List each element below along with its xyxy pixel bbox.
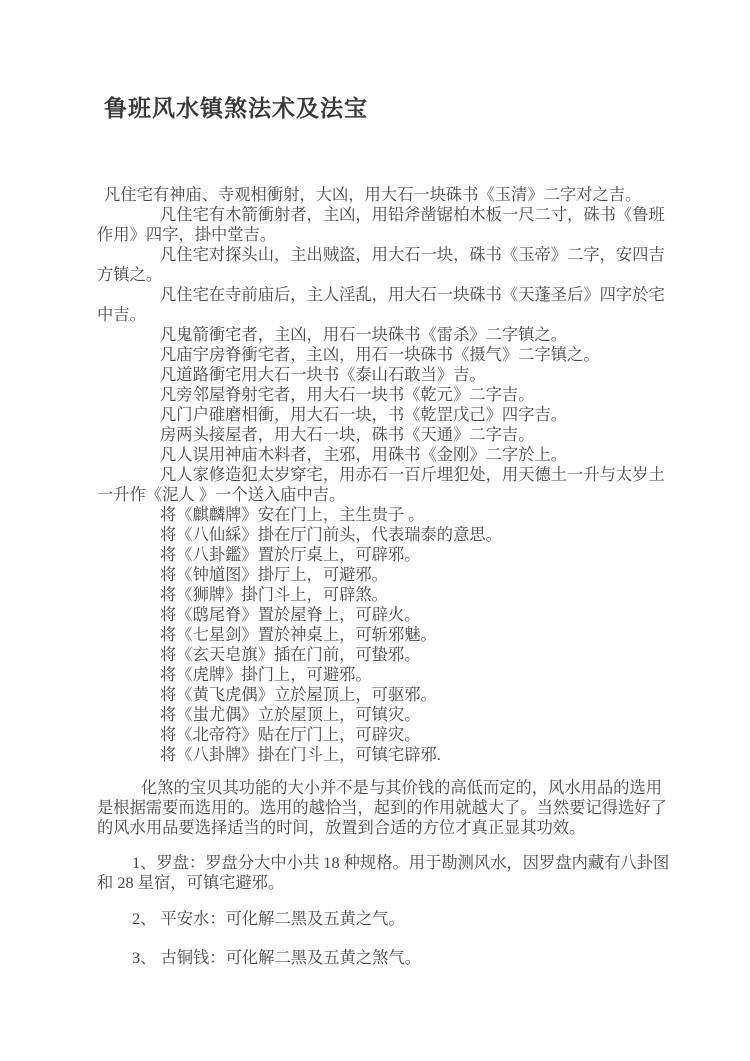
paragraph: 将《玄天皂旗》插在门前，可蛰邪。 xyxy=(97,645,717,665)
text-line: 凡住宅对探头山，主出贼盗，用大石一块，硃书《玉帝》二字，安四吉 xyxy=(97,245,717,265)
document-body: 凡住宅有神庙、寺观相衝射，大凶，用大石一块硃书《玉清》二字对之吉。凡住宅有木箭衝… xyxy=(97,185,717,968)
text-line: 将《七星剑》置於神桌上，可斩邪魅。 xyxy=(97,625,717,645)
text-line: 将《八卦牌》掛在门斗上，可镇宅辟邪. xyxy=(97,745,717,765)
paragraph: 化煞的宝贝其功能的大小并不是与其价钱的高低而定的，风水用品的选用是根据需要而选用… xyxy=(97,778,717,838)
text-line: 凡住宅在寺前庙后，主人淫乱，用大石一块硃书《天蓬圣后》四字於宅 xyxy=(97,285,717,305)
paragraph: 3、 古铜钱：可化解二黑及五黄之煞气。 xyxy=(97,948,717,968)
text-line: 3、 古铜钱：可化解二黑及五黄之煞气。 xyxy=(97,948,717,968)
paragraph: 凡道路衝宅用大石一块书《泰山石敢当》吉。 xyxy=(97,365,717,385)
text-line: 凡人家修造犯太岁穿宅，用赤石一百斤埋犯处，用天德土一升与太岁土 xyxy=(97,465,717,485)
text-line: 将《钟馗图》掛厅上，可避邪。 xyxy=(97,565,717,585)
text-line: 凡门户碓磨相衝，用大石一块，书《乾罡戊己》四字吉。 xyxy=(97,405,717,425)
text-line: 将《鸱尾脊》置於屋脊上，可辟火。 xyxy=(97,605,717,625)
paragraph: 凡住宅有神庙、寺观相衝射，大凶，用大石一块硃书《玉清》二字对之吉。 xyxy=(97,185,717,205)
paragraph: 将《钟馗图》掛厅上，可避邪。 xyxy=(97,565,717,585)
paragraph: 凡人家修造犯太岁穿宅，用赤石一百斤埋犯处，用天德土一升与太岁土一升作《泥人 》一… xyxy=(97,465,717,505)
text-line: 凡住宅有木箭衝射者，主凶，用铅斧凿锯柏木板一尺二寸，硃书《鲁班 xyxy=(97,205,717,225)
text-line: 是根据需要而选用的。选用的越恰当，起到的作用就越大了。当然要记得选好了 xyxy=(97,798,717,818)
text-line: 将《玄天皂旗》插在门前，可蛰邪。 xyxy=(97,645,717,665)
paragraph: 将《麒麟牌》安在门上，主生贵子 。 xyxy=(97,505,717,525)
paragraph: 将《黄飞虎偶》立於屋顶上，可驱邪。 xyxy=(97,685,717,705)
text-line: 1、罗盘：罗盘分大中小共 18 种规格。用于勘测风水，因罗盘内藏有八卦图 xyxy=(97,853,717,873)
paragraph: 凡住宅有木箭衝射者，主凶，用铅斧凿锯柏木板一尺二寸，硃书《鲁班作用》四字，掛中堂… xyxy=(97,205,717,245)
paragraph: 房两头接屋者，用大石一块，硃书《天通》二字吉。 xyxy=(97,425,717,445)
paragraph: 凡门户碓磨相衝，用大石一块，书《乾罡戊己》四字吉。 xyxy=(97,405,717,425)
paragraph: 凡住宅对探头山，主出贼盗，用大石一块，硃书《玉帝》二字，安四吉方镇之。 xyxy=(97,245,717,285)
paragraph: 将《鸱尾脊》置於屋脊上，可辟火。 xyxy=(97,605,717,625)
paragraph: 将《八卦牌》掛在门斗上，可镇宅辟邪. xyxy=(97,745,717,765)
paragraph: 将《七星剑》置於神桌上，可斩邪魅。 xyxy=(97,625,717,645)
text-line: 凡庙宇房脊衝宅者，主凶，用石一块硃书《摄气》二字镇之。 xyxy=(97,345,717,365)
paragraph: 凡旁邻屋脊射宅者，用大石一块书《乾元》二字吉。 xyxy=(97,385,717,405)
document-title: 鲁班风水镇煞法术及法宝 xyxy=(104,90,368,123)
text-line: 的风水用品要选择适当的时间，放置到合适的方位才真正显其功效。 xyxy=(97,818,717,838)
text-line: 房两头接屋者，用大石一块，硃书《天通》二字吉。 xyxy=(97,425,717,445)
paragraph: 凡住宅在寺前庙后，主人淫乱，用大石一块硃书《天蓬圣后》四字於宅中吉。 xyxy=(97,285,717,325)
text-line: 将《八仙綵》掛在厅门前头，代表瑞泰的意思。 xyxy=(97,525,717,545)
paragraph: 1、罗盘：罗盘分大中小共 18 种规格。用于勘测风水，因罗盘内藏有八卦图和 28… xyxy=(97,853,717,893)
text-line: 方镇之。 xyxy=(97,265,717,285)
text-line: 凡道路衝宅用大石一块书《泰山石敢当》吉。 xyxy=(97,365,717,385)
text-line: 凡旁邻屋脊射宅者，用大石一块书《乾元》二字吉。 xyxy=(97,385,717,405)
text-line: 将《蚩尤偶》立於屋顶上，可镇灾。 xyxy=(97,705,717,725)
paragraph: 将《八卦鑑》置於厅桌上，可辟邪。 xyxy=(97,545,717,565)
text-line: 凡人误用神庙木料者，主邪，用硃书《金刚》二字於上。 xyxy=(97,445,717,465)
text-line: 作用》四字，掛中堂吉。 xyxy=(97,225,717,245)
text-line: 凡鬼箭衝宅者，主凶，用石一块硃书《雷杀》二字镇之。 xyxy=(97,325,717,345)
paragraph: 将《八仙綵》掛在厅门前头，代表瑞泰的意思。 xyxy=(97,525,717,545)
paragraph: 凡人误用神庙木料者，主邪，用硃书《金刚》二字於上。 xyxy=(97,445,717,465)
text-line: 将《北帝符》贴在厅门上，可辟灾。 xyxy=(97,725,717,745)
paragraph: 将《虎牌》掛门上，可避邪。 xyxy=(97,665,717,685)
paragraph: 将《蚩尤偶》立於屋顶上，可镇灾。 xyxy=(97,705,717,725)
document-page: 鲁班风水镇煞法术及法宝 凡住宅有神庙、寺观相衝射，大凶，用大石一块硃书《玉清》二… xyxy=(0,0,750,1061)
text-line: 2、 平安水：可化解二黑及五黄之气。 xyxy=(97,909,717,929)
text-line: 凡住宅有神庙、寺观相衝射，大凶，用大石一块硃书《玉清》二字对之吉。 xyxy=(97,185,717,205)
text-line: 将《虎牌》掛门上，可避邪。 xyxy=(97,665,717,685)
paragraph: 凡庙宇房脊衝宅者，主凶，用石一块硃书《摄气》二字镇之。 xyxy=(97,345,717,365)
paragraph: 2、 平安水：可化解二黑及五黄之气。 xyxy=(97,909,717,929)
text-line: 将《狮牌》掛门斗上，可辟煞。 xyxy=(97,585,717,605)
text-line: 将《麒麟牌》安在门上，主生贵子 。 xyxy=(97,505,717,525)
text-line: 中吉。 xyxy=(97,305,717,325)
paragraph: 凡鬼箭衝宅者，主凶，用石一块硃书《雷杀》二字镇之。 xyxy=(97,325,717,345)
text-line: 将《黄飞虎偶》立於屋顶上，可驱邪。 xyxy=(97,685,717,705)
text-line: 将《八卦鑑》置於厅桌上，可辟邪。 xyxy=(97,545,717,565)
text-line: 一升作《泥人 》一个送入庙中吉。 xyxy=(97,485,717,505)
text-line: 和 28 星宿，可镇宅避邪。 xyxy=(97,873,717,893)
paragraph: 将《北帝符》贴在厅门上，可辟灾。 xyxy=(97,725,717,745)
paragraph: 将《狮牌》掛门斗上，可辟煞。 xyxy=(97,585,717,605)
text-line: 化煞的宝贝其功能的大小并不是与其价钱的高低而定的，风水用品的选用 xyxy=(97,778,717,798)
